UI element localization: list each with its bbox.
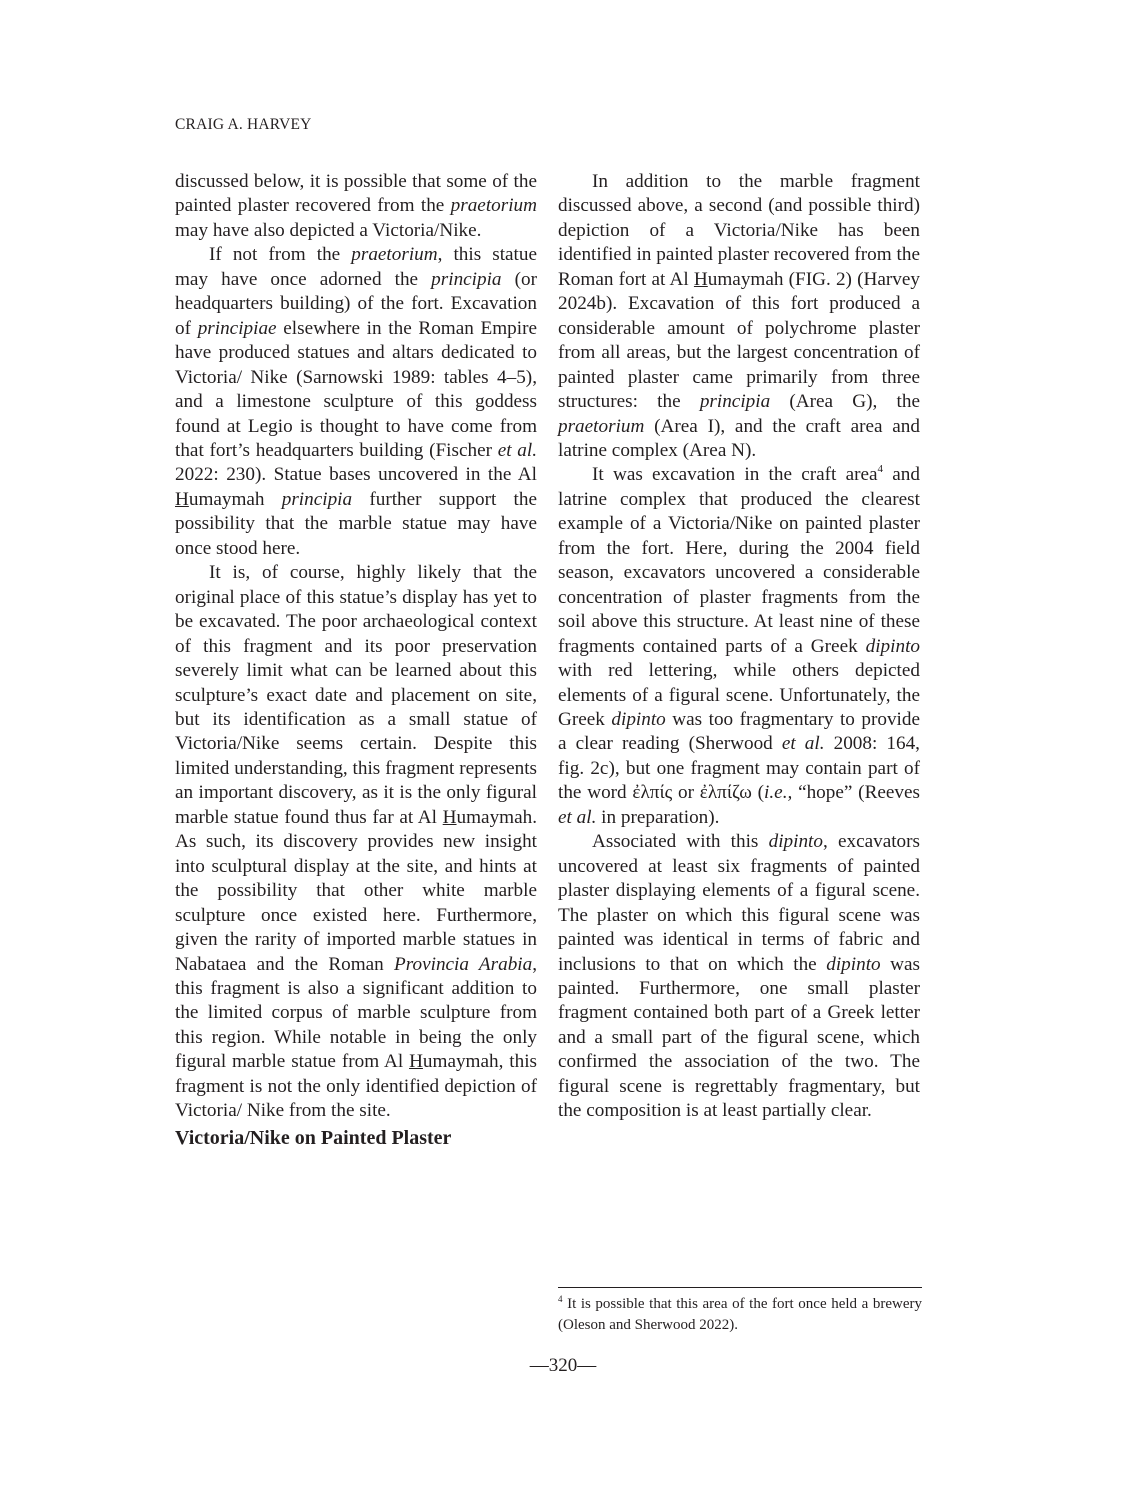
italic-term: et al.: [558, 807, 596, 828]
paragraph: If not from the praetorium, this statue …: [175, 243, 537, 561]
left-column: discussed below, it is possible that som…: [175, 170, 537, 1151]
italic-term: dipinto: [611, 709, 665, 730]
paragraph: In addition to the marble fragment discu…: [558, 170, 920, 463]
underlined-letter: H: [443, 807, 457, 828]
italic-term: principia: [700, 391, 770, 412]
italic-term: praetorium: [558, 416, 644, 437]
footnote: 4 It is possible that this area of the f…: [558, 1294, 922, 1336]
text: Associated with this: [592, 831, 769, 852]
paragraph: Associated with this dipinto, excava­tor…: [558, 830, 920, 1123]
running-head-author: CRAIG A. HARVEY: [175, 116, 312, 134]
text: If not from the: [209, 244, 351, 265]
text: umaymah: [189, 489, 282, 510]
italic-term: i.e.,: [764, 782, 792, 803]
italic-term: praetorium: [351, 244, 437, 265]
text: may have also depicted a Victoria/Nike.: [175, 220, 481, 241]
italic-term: prin­cipia: [431, 269, 501, 290]
underlined-letter: H: [409, 1051, 423, 1072]
text: umaymah. As such, its discovery provides…: [175, 807, 537, 975]
paragraph: It is, of course, highly likely that the…: [175, 561, 537, 1123]
italic-term: prin­cipia: [282, 489, 352, 510]
footnote-divider: [558, 1287, 922, 1288]
text: and latrine complex that produced the cl…: [558, 464, 920, 656]
section-heading: Victoria/Nike on Painted Plaster: [175, 1125, 537, 1151]
right-column: In addition to the marble fragment discu…: [558, 170, 920, 1124]
italic-term: principiae: [198, 318, 277, 339]
text: (Area G), the: [770, 391, 920, 412]
text: It is, of course, highly likely that the…: [175, 562, 537, 828]
underlined-letter: H: [694, 269, 708, 290]
page-number: —320—: [0, 1355, 1126, 1377]
italic-term: et al.: [498, 440, 537, 461]
text: It was excavation in the craft area: [592, 464, 878, 485]
text: elsewhere in the Roman Empire have produ…: [175, 318, 537, 461]
italic-term: dipinto: [769, 831, 823, 852]
paragraph: discussed below, it is possible that som…: [175, 170, 537, 243]
underlined-letter: H: [175, 489, 189, 510]
italic-term: et al.: [782, 733, 825, 754]
text: “hope” (Reeves: [792, 782, 920, 803]
italic-term: dipinto: [826, 954, 880, 975]
italic-term: dipinto: [866, 636, 920, 657]
italic-term: Provincia Arabia: [394, 954, 532, 975]
italic-term: praetorium: [451, 195, 537, 216]
footnote-text: It is possible that this area of the for…: [558, 1296, 922, 1333]
text: 2022: 230). Statue bases uncovered in th…: [175, 464, 537, 485]
paragraph: It was excavation in the craft area4 and…: [558, 463, 920, 830]
text: was painted. Fur­thermore, one small pla…: [558, 954, 920, 1122]
text: in preparation).: [596, 807, 719, 828]
